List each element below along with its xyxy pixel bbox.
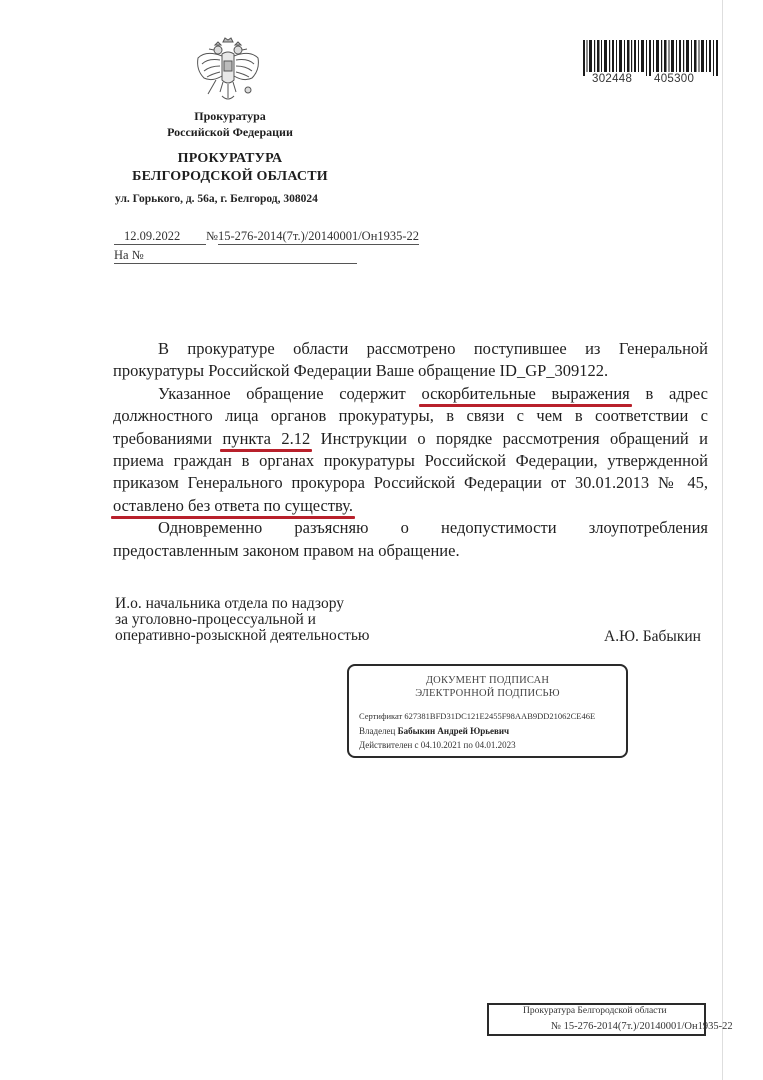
- certificate-row: Сертификат 627381BFD31DC121E2455F98AAB9D…: [359, 711, 595, 721]
- registration-number: № 15-276-2014(7т.)/20140001/Он1935-22: [551, 1021, 733, 1032]
- reply-to-reference: На №: [114, 248, 357, 264]
- org-parent-line2: Российской Федерации: [130, 124, 330, 141]
- body-line: В прокуратуре области рассмотрено поступ…: [113, 338, 708, 360]
- letter-body: В прокуратуре области рассмотрено поступ…: [113, 338, 708, 562]
- highlighted-phrase: оскорбительные выражения: [421, 384, 629, 403]
- highlighted-phrase: пункта 2.12: [222, 429, 310, 448]
- reply-to-label: На №: [114, 248, 144, 262]
- reference-date: 12.09.2022: [114, 229, 206, 245]
- validity-row: Действителен с 04.10.2021 по 04.01.2023: [359, 740, 516, 750]
- highlighted-phrase: оставлено без ответа по существу.: [113, 496, 353, 515]
- body-line: требованиями пункта 2.12 Инструкции о по…: [113, 428, 708, 450]
- body-line: приема граждан в органах прокуратуры Рос…: [113, 450, 708, 472]
- body-line: прокуратуры Российской Федерации Ваше об…: [113, 360, 708, 382]
- scan-edge-line: [722, 0, 723, 1080]
- owner-row: Владелец Бабыкин Андрей Юрьевич: [359, 726, 509, 736]
- body-line: приказом Генерального прокурора Российск…: [113, 472, 708, 494]
- number-sign: №: [206, 229, 218, 243]
- org-name-line1: ПРОКУРАТУРА: [110, 149, 350, 168]
- electronic-signature-stamp: ДОКУМЕНТ ПОДПИСАН ЭЛЕКТРОННОЙ ПОДПИСЬЮ С…: [347, 664, 628, 758]
- barcode-number-left: 302448: [592, 73, 632, 85]
- owner-value: Бабыкин Андрей Юрьевич: [398, 726, 509, 736]
- org-name-line2: БЕЛГОРОДСКОЙ ОБЛАСТИ: [110, 167, 350, 186]
- signatory-position: И.о. начальника отдела по надзору за уго…: [115, 596, 370, 644]
- body-line: Указанное обращение содержит оскорбитель…: [113, 383, 708, 405]
- stamp-title-line2: ЭЛЕКТРОННОЙ ПОДПИСЬЮ: [349, 687, 626, 700]
- outgoing-reference: 12.09.2022№15-276-2014(7т.)/20140001/Он1…: [114, 229, 419, 245]
- body-line: Одновременно разъясняю о недопустимости …: [113, 517, 708, 539]
- stamp-title-line1: ДОКУМЕНТ ПОДПИСАН: [349, 674, 626, 687]
- body-line: предоставленным законом правом на обраще…: [113, 540, 708, 562]
- registration-org: Прокуратура Белгородской области: [523, 1006, 667, 1016]
- barcode-number-right: 405300: [654, 73, 694, 85]
- body-line: должностного лица органов прокуратуры, в…: [113, 405, 708, 427]
- org-address: ул. Горького, д. 56а, г. Белгород, 30802…: [115, 193, 318, 205]
- valid-to: 04.01.2023: [475, 740, 516, 750]
- coat-of-arms-icon: [192, 36, 264, 106]
- org-parent-line1: Прокуратура: [130, 108, 330, 125]
- signatory-name: А.Ю. Бабыкин: [604, 628, 701, 646]
- barcode: [583, 40, 723, 76]
- valid-from: 04.10.2021: [421, 740, 462, 750]
- body-line: оставлено без ответа по существу.: [113, 495, 708, 517]
- certificate-value: 627381BFD31DC121E2455F98AAB9DD21062CE46E: [404, 711, 595, 721]
- reference-number: 15-276-2014(7т.)/20140001/Он1935-22: [218, 229, 419, 245]
